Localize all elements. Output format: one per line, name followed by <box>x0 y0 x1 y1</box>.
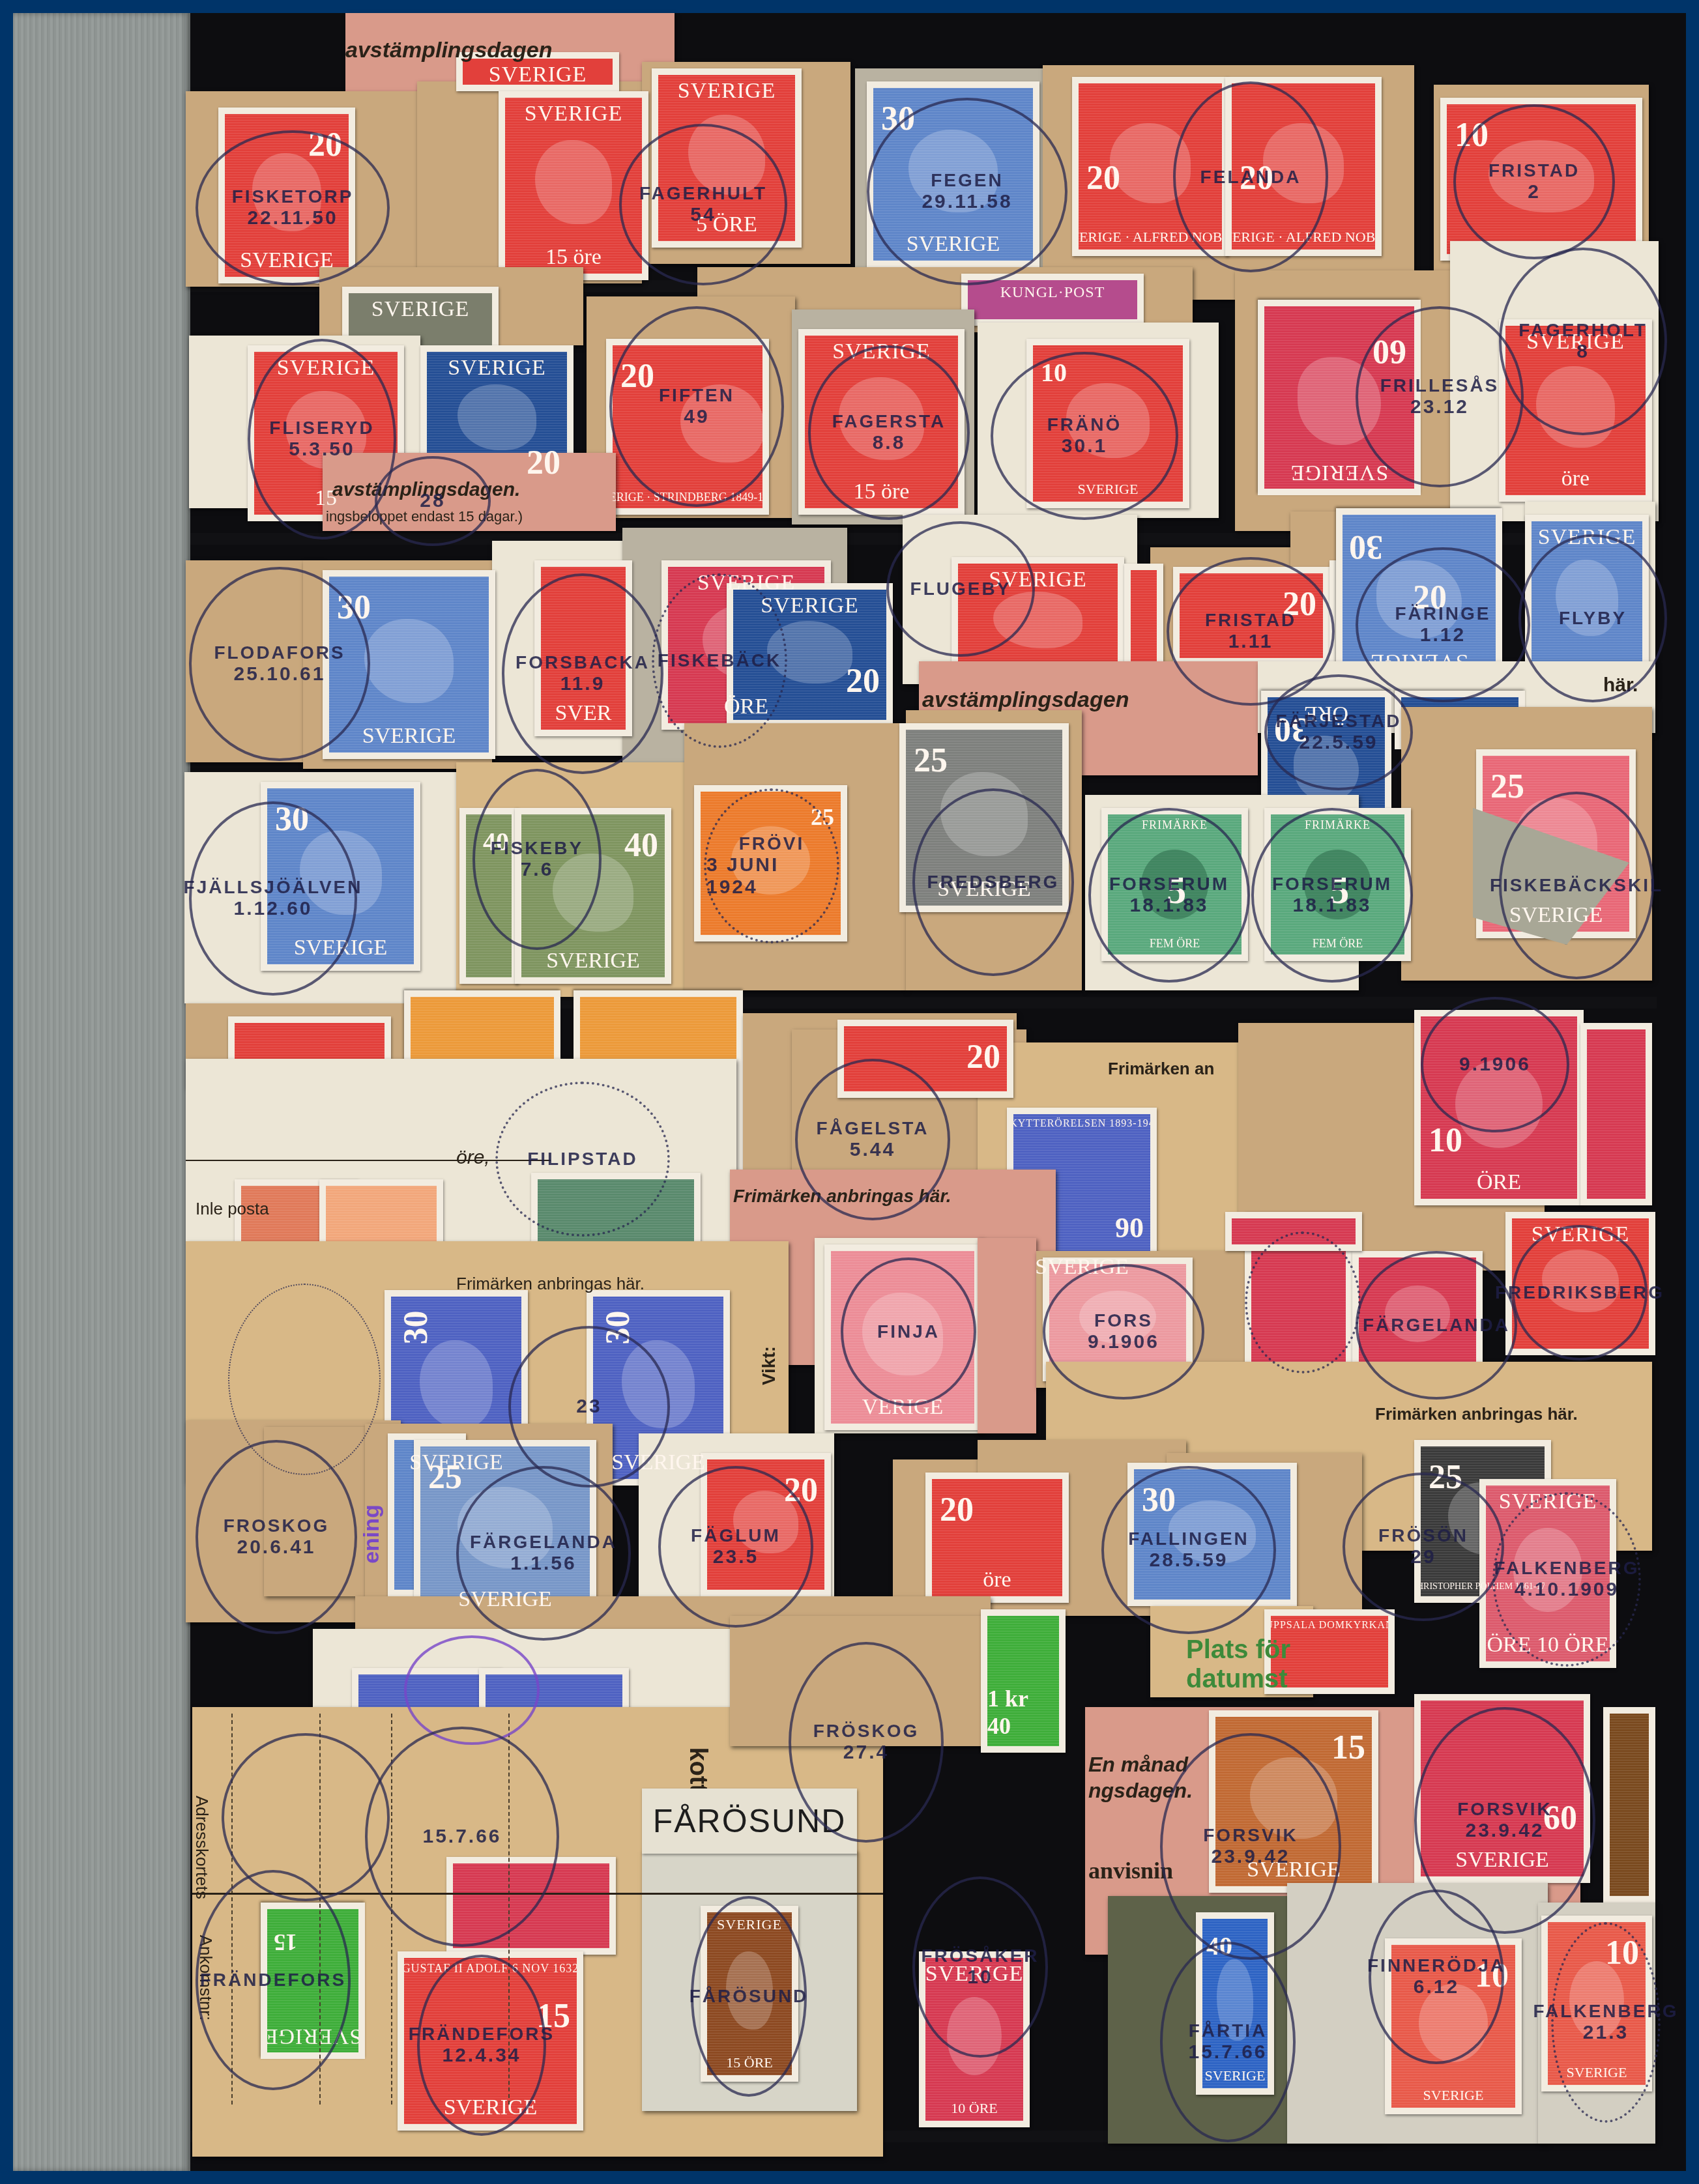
violet-handstamp: ening <box>359 1504 385 1564</box>
form-text: Frimärken anbringas här. <box>456 1274 645 1294</box>
stamp[interactable]: 5 FRIMÄRKE FEM ÖRE <box>1264 808 1411 961</box>
form-text: här. <box>1603 674 1638 697</box>
form-dashed-line <box>319 1714 321 2105</box>
stamp[interactable]: SVERIGE <box>1505 1212 1655 1355</box>
stamp-denomination: FEM ÖRE <box>1150 937 1200 951</box>
stamp-value: 30 <box>599 1311 637 1345</box>
stamp-value: 20 <box>1413 579 1447 617</box>
stamp-country: SVERIGE <box>907 232 1000 257</box>
stamp-inscription: SKYTTERÖRELSEN 1893-1943 <box>1007 1118 1157 1130</box>
stamp[interactable]: 10 SVERIGE <box>1541 1916 1652 2091</box>
form-text: anvisnin <box>1088 1857 1173 1884</box>
stamp-value: 40 <box>483 826 509 857</box>
stamp-value: 20 <box>527 444 560 482</box>
stamp-country: VERIGE <box>862 1395 944 1420</box>
stamp-value: 10 ÖRE <box>951 2100 998 2117</box>
stamp-value: 25 <box>914 741 948 780</box>
paper-piece <box>978 1238 1036 1433</box>
stamp-country: SVERIGE · ALFRED NOBEL <box>1225 229 1382 246</box>
stamp[interactable]: SVER <box>534 560 632 736</box>
stamp-country: SVERIGE <box>1526 330 1625 354</box>
stamp-value: 20 <box>784 1471 818 1510</box>
stamp[interactable]: 1 kr 40 <box>981 1609 1066 1753</box>
form-text: öre, <box>456 1147 490 1169</box>
stamp[interactable] <box>1124 564 1163 668</box>
stamp-value: 30 <box>1274 710 1308 749</box>
stamp-value: 40 <box>1206 1931 1232 1961</box>
stamp[interactable]: SVERIGE 15 ÖRE <box>701 1906 798 2082</box>
stamp-country: KUNGL·POST <box>1000 284 1105 302</box>
stamp-value: 25 <box>428 1458 462 1497</box>
stamp[interactable]: 20 SVERIGE <box>218 108 355 283</box>
stamp-country: SVERIGE <box>448 356 546 381</box>
stamp-value: 10 <box>1475 1957 1509 1995</box>
stamp[interactable]: 30 SVERIGE <box>323 570 495 759</box>
stamp-value: 30 <box>1349 528 1383 566</box>
stamp-country: SVERIGE <box>925 1962 1024 1987</box>
stamp-country: SVERIGE <box>489 63 587 87</box>
stamp[interactable]: 20 SVERIGE · STRINDBERG 1849-1949 <box>606 339 769 515</box>
stamp-value: ÖRE <box>1304 701 1348 726</box>
stamp-denomination: FEM ÖRE <box>1313 937 1363 951</box>
stamp-country: SVERIGE <box>1567 2064 1627 2081</box>
stamp-value: 15 öre <box>545 245 602 270</box>
stamp[interactable] <box>1603 1707 1655 1903</box>
stamp-value: 20 <box>620 357 654 395</box>
stamp-value: 20 <box>1283 585 1316 624</box>
form-text: Plats för <box>1186 1635 1290 1665</box>
stamp-value: 20 <box>966 1038 1000 1076</box>
stamp[interactable]: SVERIGE ÖRE 10 ÖRE <box>1479 1479 1616 1668</box>
form-text: Frimärken anbringas här. <box>1375 1404 1578 1424</box>
stamp[interactable]: 15 SVERIGE <box>1209 1710 1378 1893</box>
stamp[interactable]: SVERIGE öre <box>1499 319 1652 502</box>
form-text: Inle posta <box>196 1199 269 1219</box>
stamp-value: 60 <box>1372 332 1406 371</box>
stamp-country: SVERIGE <box>371 297 470 322</box>
stamp[interactable]: 25 <box>694 785 847 941</box>
stamp[interactable]: KUNGL·POST <box>961 274 1144 326</box>
stamp-value: 40 <box>624 826 658 865</box>
stamp[interactable]: 30 SVERIGE <box>261 782 420 971</box>
stamp-value: 20 <box>940 1491 974 1529</box>
stamp-inscription: CHRISTOPHER POLHEM 1661-1751 <box>1414 1582 1551 1592</box>
stamp-denomination: ÖRE <box>1477 1170 1521 1195</box>
stamp-country: SVERIGE <box>611 1450 705 1475</box>
stamp-country: FRIMÄRKE <box>1142 818 1208 832</box>
stamp-value: 60 <box>1543 1799 1577 1837</box>
stamp-value: 10 <box>1429 1121 1462 1160</box>
stamp-country: SVERIGE <box>989 568 1087 592</box>
stamp[interactable]: 20 SVERIGE · ALFRED NOBEL <box>1225 77 1382 256</box>
stamp-country: SVERIGE <box>240 248 334 273</box>
stamp[interactable]: GUSTAF II ADOLF 6 NOV 1632 15 SVERIGE <box>398 1951 583 2131</box>
stamp-country: SVERIGE <box>1499 1489 1597 1514</box>
stamp-inscription: GUSTAF II ADOLF 6 NOV 1632 <box>402 1962 579 1976</box>
stamp[interactable]: 20 <box>837 1020 1013 1098</box>
form-text: Vikt: <box>759 1346 779 1385</box>
stamp-value: 30 <box>397 1311 435 1345</box>
stamp-value: 25 <box>811 803 834 831</box>
stamp-country: SVER <box>555 701 612 726</box>
stamp[interactable]: SVERIGE 10 ÖRE <box>919 1951 1030 2127</box>
form-text: datumst <box>1186 1665 1288 1694</box>
form-rule <box>192 1893 883 1895</box>
stamp-country: SVERIGE <box>1247 1858 1341 1882</box>
form-dashed-line <box>508 1714 510 2105</box>
form-text: Frimärken an <box>1108 1059 1214 1079</box>
form-text: Adresskortets <box>192 1796 212 1899</box>
stamp-value: 20 <box>1086 159 1120 197</box>
stamp-value: 30 <box>337 588 371 627</box>
stamp-value: 20 <box>308 126 342 164</box>
stamp[interactable]: SVERIGE 15 öre <box>798 329 965 515</box>
stamp[interactable]: SVERIGE 60 <box>1258 300 1421 495</box>
stamp-country: SVERIGE <box>761 594 859 618</box>
form-text: Frimärken anbringas här. <box>733 1186 951 1207</box>
form-dashed-line <box>391 1714 392 2105</box>
stamp-country: SVERIGE · ALFRED NOBEL <box>1072 229 1228 246</box>
stamp[interactable]: 25 SVERIGE <box>899 723 1069 912</box>
stamp[interactable]: 10 SVERIGE <box>1385 1938 1522 2114</box>
stamp-country: FRIMÄRKE <box>1305 818 1371 832</box>
form-text: Ankomstnr: <box>196 1935 216 2021</box>
stamp[interactable]: 10 SVERIGE <box>1026 339 1189 508</box>
stamp-value: 30 <box>1142 1481 1176 1519</box>
stamp-value: 10 <box>1041 357 1067 388</box>
stamp-country: SVERIGE <box>1205 2067 1266 2084</box>
stamp[interactable]: 40 SVERIGE <box>515 808 671 984</box>
stamp[interactable]: 30 <box>1127 1463 1297 1606</box>
stamp-country: SVERIGE <box>1538 525 1636 550</box>
stamp-country: SVERIGE <box>1532 1222 1630 1247</box>
stamp-denomination: ÖRE 10 ÖRE <box>1487 1633 1609 1658</box>
stamp-value: 5 ÖRE <box>696 212 757 237</box>
paper-piece <box>730 1616 984 1746</box>
form-rule <box>186 1160 551 1161</box>
stamp-value: 20 <box>1240 159 1273 197</box>
stamp-country: SVERIGE <box>717 1916 782 1933</box>
stamp-value: 25 <box>1429 1458 1462 1497</box>
form-text: avstämplingsdagen <box>345 38 552 63</box>
stamp[interactable]: SVERIGE 15 <box>261 1903 365 2059</box>
stamp[interactable]: 20 SVERIGE · ALFRED NOBEL <box>1072 77 1228 256</box>
form-text: avstämplingsdagen. <box>332 479 520 501</box>
stamp-country: SVERIGE <box>1455 1848 1549 1873</box>
stamp-country: SVERIGE <box>1423 2087 1484 2104</box>
stamp-value: öre <box>1561 467 1590 491</box>
stamp-value: 5 <box>1167 868 1186 913</box>
form-text: avstämplingsdagen <box>922 687 1129 713</box>
stamp[interactable] <box>446 1857 616 1955</box>
stamp-value: 10 <box>1605 1934 1639 1972</box>
paper-piece <box>186 560 323 762</box>
stamp-value: 10 <box>1455 116 1488 154</box>
stamp-country: SVERIGE <box>294 936 388 960</box>
stamp-value: 15 ÖRE <box>726 2054 773 2071</box>
stamp[interactable]: 20 <box>1173 567 1329 665</box>
stamp[interactable]: 10 <box>1440 98 1642 261</box>
stamp[interactable]: 25 SVERIGE <box>414 1440 596 1622</box>
stamp[interactable]: VERIGE <box>824 1244 981 1430</box>
place-label: FÅRÖSUND <box>642 1789 857 1854</box>
stamp-value: 15 <box>274 1929 297 1956</box>
stamp[interactable]: SVERIGE 5 ÖRE <box>652 68 802 248</box>
form-text: ngsdagen. <box>1088 1779 1193 1803</box>
stamp[interactable]: 40 SVERIGE <box>1196 1912 1274 2095</box>
stamp-country: SVERIGE <box>264 2024 362 2048</box>
stamp-value: 25 <box>1490 768 1524 806</box>
stamp-value: 30 <box>881 100 915 138</box>
stamp-value: ÖRE <box>724 695 768 719</box>
stamp-country: SVERIGE <box>444 2095 538 2120</box>
stamp[interactable]: SVERIGE 15 öre <box>499 91 648 280</box>
stamp-country: SVERIGE <box>697 571 796 596</box>
stamp[interactable]: 40 <box>459 808 518 984</box>
stamp-denomination: öre <box>983 1568 1011 1592</box>
stamp-value: 15 öre <box>854 480 910 504</box>
stamp[interactable]: 10 ÖRE <box>1414 1010 1584 1205</box>
form-dashed-line <box>231 1714 233 2105</box>
stamp-country: SVERIGE <box>1078 481 1139 498</box>
stamp-country: SVERIGE <box>1290 460 1389 485</box>
stamp[interactable]: 20 öre <box>925 1473 1069 1603</box>
stamp[interactable] <box>1580 1023 1652 1205</box>
stamp-country: SVERIGE <box>1035 1255 1129 1280</box>
stamp-country: SVERIGE <box>546 949 640 973</box>
form-text: ingsbeloppet endast 15 dagar.) <box>326 508 523 525</box>
glassine-interleaf <box>13 13 190 2171</box>
stamp-country: SVERIGE <box>937 877 1031 902</box>
stamp[interactable]: 30 SVERIGE <box>867 81 1039 267</box>
form-text: En månad <box>1088 1753 1188 1777</box>
stamp-country: SVERIGE <box>525 102 623 126</box>
stamp-value: 20 <box>846 662 880 700</box>
stamp[interactable] <box>1225 1212 1362 1251</box>
stamp-country: SVERIGE <box>458 1587 552 1612</box>
stamp-country: SVERIGE <box>1509 903 1603 928</box>
stamp[interactable]: 60 SVERIGE <box>1414 1694 1590 1883</box>
stamp-country: SVERIGE <box>362 724 456 749</box>
stamp-country: SVERIGE <box>832 339 931 364</box>
stamp-value: 1 kr 40 <box>987 1685 1053 1740</box>
stamp-value: 5 <box>1329 868 1349 913</box>
stamp-country: SVERIGE · STRINDBERG 1849-1949 <box>606 491 769 504</box>
stamp[interactable]: 5 FRIMÄRKE FEM ÖRE <box>1101 808 1248 961</box>
stamp-value: 15 <box>1331 1729 1365 1767</box>
stamp-value: 30 <box>275 800 309 839</box>
stamp[interactable]: 20 <box>701 1453 831 1596</box>
stamp-value: 15 <box>536 1997 570 2035</box>
stamp-inscription: UPPSALA DOMKYRKAN <box>1265 1620 1393 1631</box>
stamp-country: SVERIGE <box>678 79 776 104</box>
stamp-country: SVERIGE <box>277 356 375 381</box>
stamp-value: 90 <box>1115 1211 1144 1244</box>
